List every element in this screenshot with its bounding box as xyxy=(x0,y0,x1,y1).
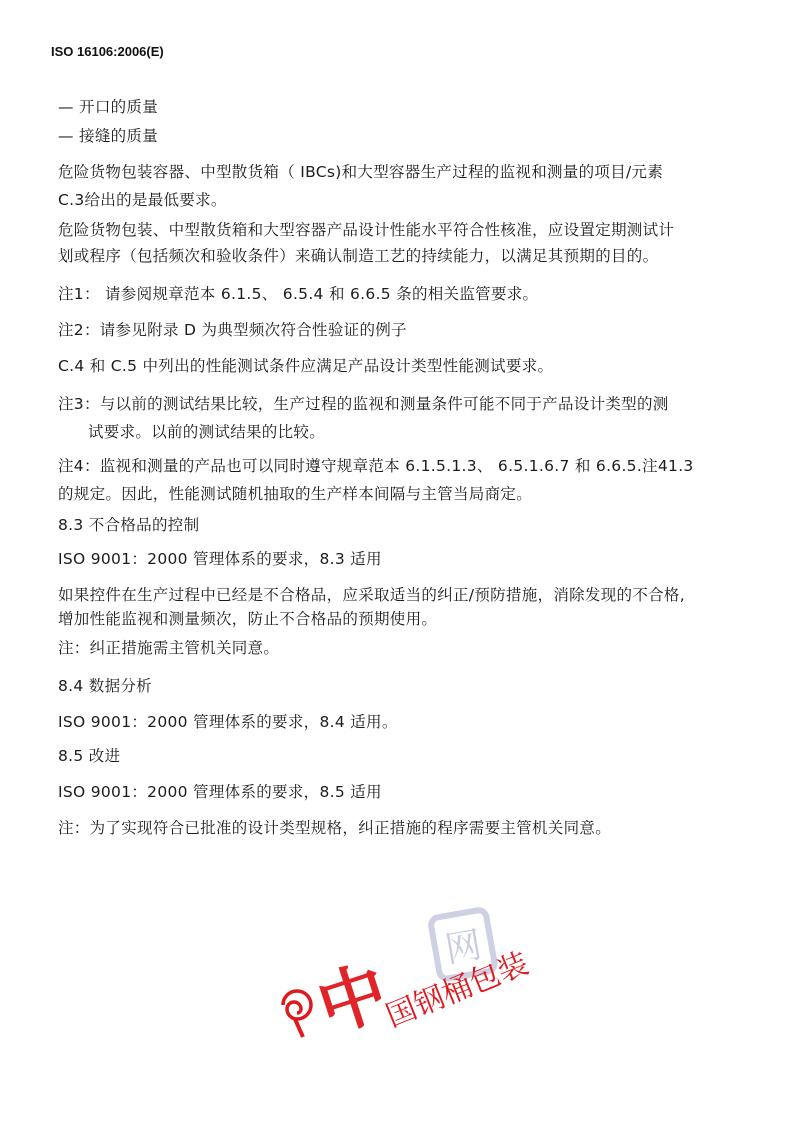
paragraph-line: C.3给出的是最低要求。 xyxy=(58,190,227,210)
paragraph-line: 增加性能监视和测量频次，防止不合格品的预期使用。 xyxy=(58,609,437,629)
spiral-logo-icon: 网 中 国钢桶包装 xyxy=(275,895,535,1045)
note-1: 注1： 请参阅规章范本 6.1.5、 6.5.4 和 6.6.5 条的相关监管要… xyxy=(58,284,538,304)
paragraph-line: 如果控件在生产过程中已经是不合格品，应采取适当的纠正/预防措施，消除发现的不合格… xyxy=(58,585,685,605)
note-4-continuation: 的规定。因此，性能测试随机抽取的生产样本间隔与主管当局商定。 xyxy=(58,484,532,504)
list-item-opening-quality: — 开口的质量 xyxy=(58,97,158,117)
section-heading-8-3: 8.3 不合格品的控制 xyxy=(58,515,199,535)
paragraph-line: 危险货物包装容器、中型散货箱（ IBCs)和大型容器生产过程的监视和测量的项目/… xyxy=(58,162,663,182)
section-heading-8-5: 8.5 改进 xyxy=(58,746,120,766)
list-item-seam-quality: — 接缝的质量 xyxy=(58,126,158,146)
watermark-logo: 网 中 国钢桶包装 xyxy=(275,895,535,1045)
note-3: 注3：与以前的测试结果比较，生产过程的监视和测量条件可能不同于产品设计类型的测 xyxy=(58,394,669,414)
paragraph-line: 划或程序（包括频次和验收条件）来确认制造工艺的持续能力，以满足其预期的目的。 xyxy=(58,246,658,266)
note-3-continuation: 试要求。以前的测试结果的比较。 xyxy=(88,422,325,442)
note-line: 注：纠正措施需主管机关同意。 xyxy=(58,638,279,658)
note-4: 注4：监视和测量的产品也可以同时遵守规章范本 6.1.5.1.3、 6.5.1.… xyxy=(58,456,694,476)
note-2: 注2：请参见附录 D 为典型频次符合性验证的例子 xyxy=(58,320,407,340)
document-id-header: ISO 16106:2006(E) xyxy=(51,44,164,59)
paragraph-line: ISO 9001：2000 管理体系的要求，8.4 适用。 xyxy=(58,712,398,732)
watermark-text-zhong: 中 xyxy=(308,951,397,1045)
paragraph-line: ISO 9001：2000 管理体系的要求，8.3 适用 xyxy=(58,549,382,569)
section-heading-8-4: 8.4 数据分析 xyxy=(58,676,152,696)
paragraph-line: 危险货物包装、中型散货箱和大型容器产品设计性能水平符合性核准，应设置定期测试计 xyxy=(58,220,674,240)
paragraph-line: ISO 9001：2000 管理体系的要求，8.5 适用 xyxy=(58,782,382,802)
note-line: 注：为了实现符合已批准的设计类型规格，纠正措施的程序需要主管机关同意。 xyxy=(58,818,611,838)
paragraph-line: C.4 和 C.5 中列出的性能测试条件应满足产品设计类型性能测试要求。 xyxy=(58,356,553,376)
